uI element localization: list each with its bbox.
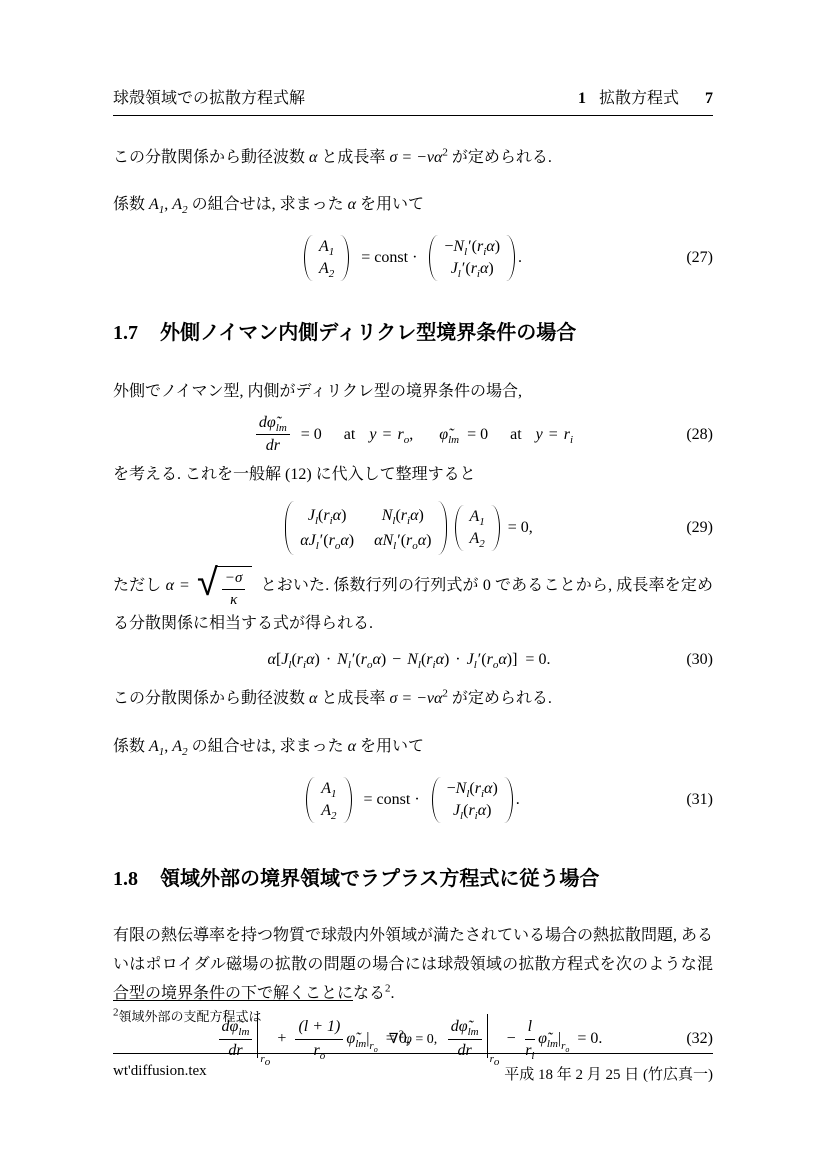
text-run: と成長率 [317,149,389,166]
vector-row: −Nl(riα) [447,778,498,800]
vector-A: A1 A2 [321,778,336,822]
equation-number: (28) [686,425,713,445]
matrix-entry: αJl′(roα) [300,528,354,553]
math-token: α [498,651,506,668]
square-root: √−σκ [197,563,252,610]
math-token: ) [349,532,354,549]
math-var: A [319,260,329,277]
math-row: φ̃lm= 0aty=ri [439,425,573,445]
math-token: α [436,651,444,668]
section-number: 1.8 [113,868,138,890]
footnote-rule [113,1000,353,1001]
right-paren [437,501,447,555]
math-token: α [333,507,341,524]
footnote-equation: ∇2φ = 0, [113,1031,713,1048]
math-op: − [392,651,401,668]
text-run: を用いて [356,738,424,755]
text-run: 係数 [113,738,149,755]
math-sub: l [348,659,351,671]
text-run: が定められる. [448,690,552,707]
math-var: y [369,426,376,443]
vector-row: A1 [321,778,336,800]
equation-number: (29) [686,518,713,538]
vector-row: A1 [319,236,334,258]
math-var-A: A [149,738,159,755]
math-sub: i [570,434,573,446]
math-var-A: A [172,196,182,213]
math-token: ) [314,651,319,668]
paragraph-1-7-after: を考える. これを一般解 (12) に代入して整理すると [113,460,713,489]
math-relation: = 0. [525,651,550,668]
math-token: ) [486,802,491,819]
vector-row: −Nl′(riα) [444,236,500,258]
math-var-alpha: α [166,577,174,594]
math-relation: = const · [364,790,420,810]
right-paren [505,235,515,281]
math-nabla: ∇ [389,1032,399,1047]
fraction-dphi-dr: dφ̃lm dr [256,414,290,456]
math-relation: = const · [361,248,417,268]
math-sub: 2 [331,810,337,822]
paragraph-dispersion-1: この分散関係から動径波数 α と成長率 σ = −να2 が定められる. [113,143,713,172]
math-token: N [453,238,464,255]
paragraph-tadashi: ただし α=√−σκ とおいた. 係数行列の行列式が 0 であることから, 成長… [113,563,713,639]
fraction-numerator: −σ [222,570,246,590]
page-number: 7 [705,90,713,107]
math-token: N [382,507,393,524]
text-run: が定められる. [448,149,552,166]
math-op: = [382,426,391,443]
running-title: 球殻領域での拡散方程式解 [113,85,305,108]
math-token: α [478,802,486,819]
left-paren [285,501,295,555]
math-sub: 2 [479,538,485,550]
math-token: N [407,651,418,668]
text-run: この分散関係から動径波数 [113,690,309,707]
math-op: · [326,651,331,668]
math-var: φ [404,1032,412,1047]
math-var-A: A [172,738,182,755]
math-call: Nl(riα) [407,651,449,668]
math-sub: 1 [329,246,335,258]
vector-solution: −Nl(riα) Jl(riα) [447,778,498,822]
math-var: A [319,238,329,255]
page-footer: wt'diffusion.tex 平成 18 年 2 月 25 日 (竹広真一) [113,1053,713,1084]
text-run: この分散関係から動径波数 [113,149,309,166]
fraction-denominator: κ [230,590,237,609]
math-token: J [453,802,460,819]
right-paren [503,777,513,823]
math-sub: 1 [331,788,337,800]
footer-filename: wt'diffusion.tex [113,1063,207,1084]
left-paren [432,777,442,823]
footnote-area: 2領域外部の支配方程式は ∇2φ = 0, [113,1000,713,1048]
math-period: . [518,248,522,268]
math-var: φ̃ [439,426,448,443]
paragraph-coeff-1: 係数 A1, A2 の組合せは, 求まった α を用いて [113,190,713,219]
equation-number: (27) [686,248,713,268]
section-title: 外側ノイマン内側ディリクレ型境界条件の場合 [160,322,576,344]
math-op: = [180,577,189,594]
math-relation: = 0, [412,1032,437,1047]
radicand: −σκ [215,566,253,610]
math-token: α [486,238,494,255]
math-token: N [456,780,467,797]
matrix-entry: αNl′(roα) [374,528,431,553]
math-var-alpha: α [268,651,276,668]
math-row: α[Jl(riα)·Nl′(roα)−Nl(riα)·Jl′(roα)]= 0. [268,650,559,670]
paragraph-coeff-2: 係数 A1, A2 の組合せは, 求まった α を用いて [113,732,713,761]
math-token: α [418,532,426,549]
paragraph-1-7-intro: 外側でノイマン型, 内側がディリクレ型の境界条件の場合, [113,377,713,406]
equation-number: (31) [686,790,713,810]
math-token: J [308,507,315,524]
math-var-alpha: α [348,196,356,213]
math-token: J [451,260,458,277]
math-var: A [321,802,331,819]
math-token: N [382,532,393,549]
fraction-denominator: dr [266,435,280,455]
section-title: 領域外部の境界領域でラプラス方程式に従う場合 [160,868,599,890]
math-relation: = 0 [467,426,488,443]
math-bracket: ] [512,651,517,668]
math-var: dφ̃ [259,414,276,431]
section-number: 1.7 [113,322,138,344]
math-at: at [344,426,356,443]
math-period: . [516,790,520,810]
equation-30: α[Jl(riα)·Nl′(roα)−Nl(riα)·Jl′(roα)]= 0.… [113,650,713,670]
math-token: ) [341,507,346,524]
math-comma: , [409,426,413,443]
math-token: N [337,651,348,668]
math-sub: lm [448,434,459,446]
right-paren [339,235,349,281]
coefficient-matrix: Jl(riα) Nl(riα) αJl′(roα) αNl′(roα) [300,503,431,553]
math-token: ) [426,532,431,549]
paragraph-1-8-intro: 有限の熱伝導率を持つ物質で球殻内外領域が満たされている場合の熱拡散問題, あるい… [113,921,713,1008]
math-op: · [455,651,460,668]
math-sub: l [316,540,319,552]
math-sub: l [393,540,396,552]
math-token: α [340,532,348,549]
left-paren [455,505,465,551]
math-sub: 1 [479,516,485,528]
text-run: を用いて [356,196,424,213]
math-sub: lm [276,422,287,434]
math-token: α [300,532,308,549]
vector-row: A2 [470,528,485,550]
math-expr-sigma: σ = −να [389,149,442,166]
math-call: Jl(riα) [281,651,320,668]
math-relation: = 0 [301,426,322,443]
math-call: Jl′(roα) [467,651,512,668]
paragraph-dispersion-2: この分散関係から動径波数 α と成長率 σ = −να2 が定められる. [113,684,713,713]
page-header: 球殻領域での拡散方程式解 1拡散方程式7 [113,85,713,116]
text-run: を考える. これを一般解 (12) に代入して整理すると [113,466,476,483]
fraction-sigma-kappa: −σκ [222,570,246,610]
math-at: at [510,426,522,443]
left-paren [306,777,316,823]
equation-28: dφ̃lm dr = 0aty=ro, φ̃lm= 0aty=ri (28) [113,414,713,456]
math-var-alpha: α [348,738,356,755]
math-var: y [536,426,543,443]
equation-number: (30) [686,650,713,670]
math-token: ) [444,651,449,668]
math-row: = 0aty=ro, [293,425,413,445]
vector-A: A1 A2 [319,236,334,280]
math-expr-sigma: σ = −να [389,690,442,707]
footer-rule [113,1053,713,1054]
math-token: ) [381,651,386,668]
section-heading-1-7: 1.7外側ノイマン内側ディリクレ型境界条件の場合 [113,321,713,345]
text-run: と成長率 [317,690,389,707]
math-var: A [470,530,480,547]
text-run: の組合せは, 求まった [188,738,348,755]
vector-row: A1 [470,506,485,528]
text-run: ただし [113,577,166,594]
matrix-entry: Nl(riα) [382,503,424,528]
text-run: の組合せは, 求まった [188,196,348,213]
text-run: 有限の熱伝導率を持つ物質で球殻内外領域が満たされている場合の熱拡散問題, あるい… [113,927,713,1002]
text-run: 外側でノイマン型, 内側がディリクレ型の境界条件の場合, [113,383,522,400]
math-sub: 2 [329,268,335,280]
footer-date: 平成 18 年 2 月 25 日 (竹広真一) [504,1063,713,1084]
math-token: ) [492,780,497,797]
running-header-right: 1拡散方程式7 [578,85,713,108]
math-token: ) [419,507,424,524]
math-token: α [410,507,418,524]
text-run: 領域外部の支配方程式は [119,1009,262,1024]
math-token: − [447,780,456,797]
math-op: = [549,426,558,443]
math-var: A [470,508,480,525]
fraction-numerator: dφ̃lm [256,414,290,435]
math-token: J [467,651,474,668]
running-section-number: 1 [578,90,586,107]
matrix-entry: Jl(riα) [308,503,347,528]
vector-row: Jl′(riα) [451,258,494,280]
equation-29: Jl(riα) Nl(riα) αJl′(roα) αNl′(roα) A1 A… [113,501,713,555]
footnote-text: 2領域外部の支配方程式は [113,1007,713,1027]
document-page: 球殻領域での拡散方程式解 1拡散方程式7 この分散関係から動径波数 α と成長率… [0,0,826,1169]
right-paren [490,505,500,551]
math-var: dr [266,437,280,454]
left-paren [429,235,439,281]
math-token: α [372,651,380,668]
math-sub: l [458,268,461,280]
math-token: ) [488,260,493,277]
vector-row: A2 [321,800,336,822]
left-paren [304,235,314,281]
equation-31: A1 A2 = const · −Nl(riα) Jl(riα) . (31) [113,777,713,823]
math-token: ) [495,238,500,255]
right-paren [342,777,352,823]
vector-row: Jl(riα) [453,800,492,822]
text-run: 係数 [113,196,149,213]
section-heading-1-8: 1.8領域外部の境界領域でラプラス方程式に従う場合 [113,867,713,891]
math-var-A: A [149,196,159,213]
math-sub: l [474,659,477,671]
math-relation: = 0, [508,518,533,538]
math-call: Nl′(roα) [337,651,386,668]
vector-A: A1 A2 [470,506,485,550]
vector-row: A2 [319,258,334,280]
running-section-title: 拡散方程式 [599,90,679,107]
math-sub: l [464,246,467,258]
math-token: J [309,532,316,549]
math-var: A [321,780,331,797]
equation-27: A1 A2 = const · −Nl′(riα) Jl′(riα) . (27… [113,235,713,281]
vector-solution: −Nl′(riα) Jl′(riα) [444,236,500,280]
